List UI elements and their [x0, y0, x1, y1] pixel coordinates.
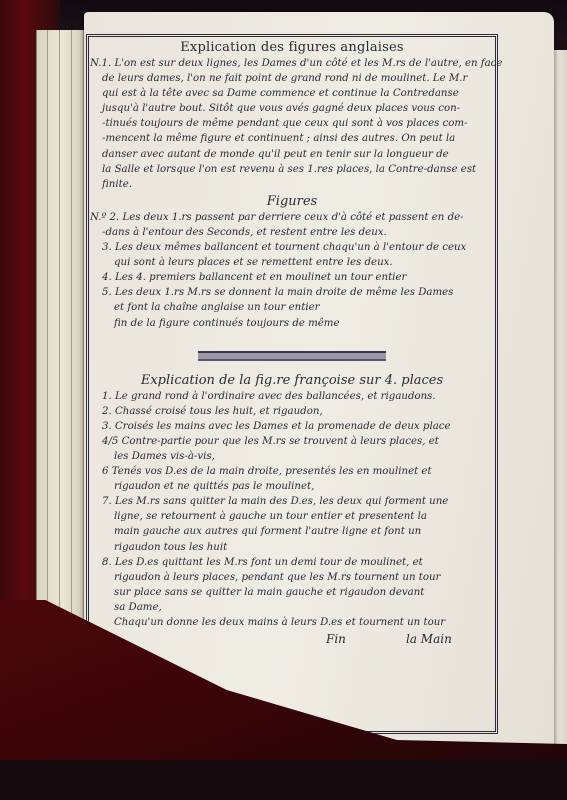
text-line: 4/5 Contre-partie pour que les M.rs se t…	[90, 434, 494, 449]
text-line: et font la chaîne anglaise un tour entie…	[90, 300, 494, 315]
text-line: -dans à l'entour des Seconds, et restent…	[90, 225, 494, 240]
section-figures-text: N.º 2. Les deux 1.rs passent par derrier…	[90, 210, 494, 331]
section-title-figures: Figures	[90, 194, 494, 210]
fin-label: Fin	[326, 632, 346, 647]
text-line: qui sont à leurs places et se remettent …	[90, 255, 494, 270]
text-line: danser avec autant de monde qu'il peut e…	[90, 147, 494, 162]
text-line: 7. Les M.rs sans quitter la main des D.e…	[90, 494, 494, 509]
text-line: 2. Chassé croisé tous les huit, et rigau…	[90, 404, 494, 419]
text-line: ligne, se retournent à gauche un tour en…	[90, 509, 494, 524]
text-line: 3. Les deux mêmes ballancent et tournent…	[90, 240, 494, 255]
ornamental-divider	[198, 351, 386, 361]
text-line: main gauche aux autres qui forment l'aut…	[90, 524, 494, 539]
text-line: sa Dame,	[90, 600, 494, 615]
text-line: 8. Les D.es quittant les M.rs font un de…	[90, 555, 494, 570]
text-line: qui est à la tête avec sa Dame commence …	[90, 86, 494, 101]
text-line: 3. Croisés les mains avec les Dames et l…	[90, 419, 494, 434]
text-line: 5. Les deux 1.rs M.rs se donnent la main…	[90, 285, 494, 300]
text-line: -tinués toujours de même pendant que ceu…	[90, 116, 494, 131]
section-title-figure-francoise: Explication de la fig.re françoise sur 4…	[90, 373, 494, 389]
text-line: -mencent la même figure et continuent ; …	[90, 131, 494, 146]
text-line: jusqu'à l'autre bout. Sitôt que vous avé…	[90, 101, 494, 116]
text-line: rigaudon à leurs places, pendant que les…	[90, 570, 494, 585]
text-line: rigaudon et ne quittés pas le moulinet,	[90, 479, 494, 494]
text-line: fin de la figure continués toujours de m…	[90, 316, 494, 331]
closing-row: Fin la Main	[90, 632, 494, 648]
text-line: sur place sans se quitter la main gauche…	[90, 585, 494, 600]
text-line: finite.	[90, 177, 494, 192]
page-text: Explication des figures anglaises N.1. L…	[90, 40, 494, 648]
text-line: 1. Le grand rond à l'ordinaire avec des …	[90, 389, 494, 404]
text-line: N.1. L'on est sur deux lignes, les Dames…	[90, 56, 494, 71]
section-title-figures-anglaises: Explication des figures anglaises	[90, 40, 494, 56]
text-line: les Dames vis-à-vis,	[90, 449, 494, 464]
text-line: 6 Tenés vos D.es de la main droite, pres…	[90, 464, 494, 479]
text-line: Chaqu'un donne les deux mains à leurs D.…	[90, 615, 494, 630]
section-francoise-text: 1. Le grand rond à l'ordinaire avec des …	[90, 389, 494, 631]
text-line: 4. Les 4. premiers ballancent et en moul…	[90, 270, 494, 285]
text-line: de leurs dames, l'on ne fait point de gr…	[90, 71, 494, 86]
text-line: la Salle et lorsque l'on est revenu à se…	[90, 162, 494, 177]
text-line: N.º 2. Les deux 1.rs passent par derrier…	[90, 210, 494, 225]
background-bottom	[0, 760, 567, 800]
la-main-label: la Main	[406, 632, 452, 647]
section-anglaises-text: N.1. L'on est sur deux lignes, les Dames…	[90, 56, 494, 192]
text-line: rigaudon tous les huit	[90, 540, 494, 555]
